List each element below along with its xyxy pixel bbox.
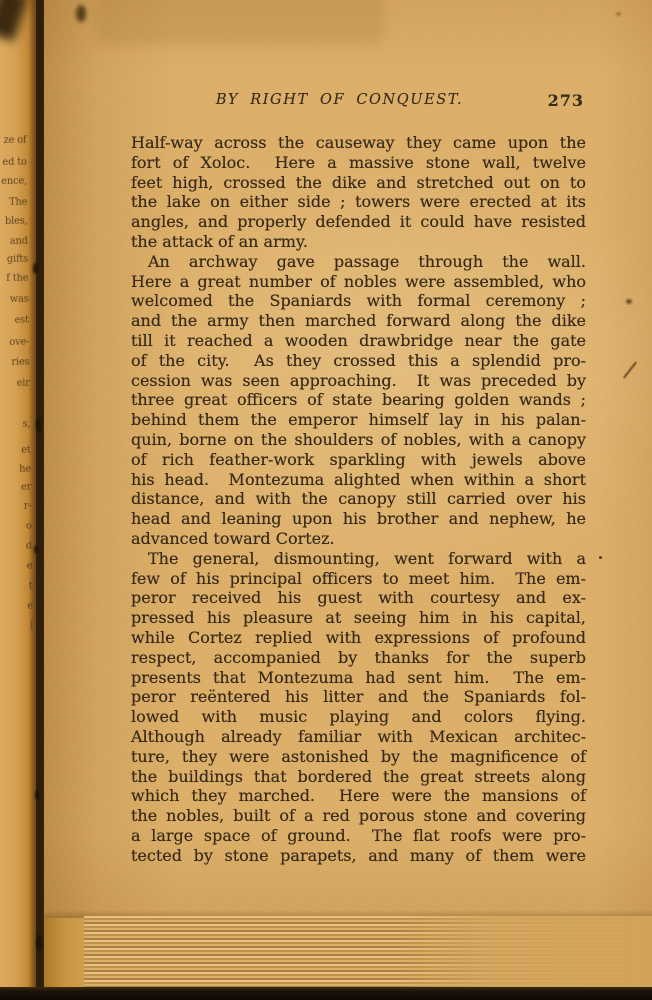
crease-stain <box>35 790 39 800</box>
gutter-fragment: gifts <box>7 253 28 265</box>
fox-spot <box>626 299 632 304</box>
gutter-fragment: ze of <box>3 134 26 146</box>
paragraph: An archway gave passage through the wall… <box>131 252 586 549</box>
crease-stain <box>36 418 41 432</box>
gutter-fragment: and <box>10 235 28 247</box>
text-line: the lake on either side ; towers were er… <box>131 192 586 212</box>
crease-stain <box>34 545 38 554</box>
text-line: ture, they were astonished by the magnif… <box>131 747 586 767</box>
gutter-fragment: ed to <box>2 156 26 168</box>
text-line: distance, and with the canopy still carr… <box>131 489 586 509</box>
text-line: of rich feather-work sparkling with jewe… <box>131 450 586 470</box>
page-edge-stack <box>84 916 652 990</box>
text-line: An archway gave passage through the wall… <box>131 252 586 272</box>
text-line: cession was seen approaching. It was pre… <box>131 371 586 391</box>
scan-smudge <box>94 0 384 44</box>
gutter-fragment: ove- <box>9 336 29 348</box>
text-line: behind them the emperor himself lay in h… <box>131 410 586 430</box>
text-line: welcomed the Spaniards with formal cerem… <box>131 291 586 311</box>
text-line: tected by stone parapets, and many of th… <box>131 846 586 866</box>
paragraph: Half-way across the causeway they came u… <box>131 133 586 252</box>
fox-spot <box>616 12 621 16</box>
crease-stain <box>36 935 42 951</box>
desk-surface <box>0 987 652 1000</box>
page-number: 273 <box>548 91 584 110</box>
text-block: Half-way across the causeway they came u… <box>131 133 586 865</box>
gutter-fragment: ries <box>11 356 29 368</box>
gutter-fragment: The <box>9 196 27 208</box>
text-line: fort of Xoloc. Here a massive stone wall… <box>131 153 586 173</box>
text-line: till it reached a wooden drawbridge near… <box>131 331 586 351</box>
text-line: Half-way across the causeway they came u… <box>131 133 586 153</box>
text-line: few of his principal officers to meet hi… <box>131 569 586 589</box>
text-line: peror received his guest with courtesy a… <box>131 588 586 608</box>
text-line: and the army then marched forward along … <box>131 311 586 331</box>
ink-spot <box>76 5 86 22</box>
text-line: respect, accompanied by thanks for the s… <box>131 648 586 668</box>
text-line: angles, and properly defended it could h… <box>131 212 586 232</box>
text-line: lowed with music playing and colors flyi… <box>131 707 586 727</box>
crease-stain <box>33 263 38 274</box>
gutter-fragment: f the <box>6 272 28 284</box>
running-header: BY RIGHT OF CONQUEST. 273 <box>131 92 586 112</box>
text-line: three great officers of state bearing go… <box>131 390 586 410</box>
text-line: pressed his pleasure at seeing him in hi… <box>131 608 586 628</box>
text-line: The general, dismounting, went forward w… <box>131 549 586 569</box>
text-line: presents that Montezuma had sent him. Th… <box>131 668 586 688</box>
text-line: a large space of ground. The flat roofs … <box>131 826 586 846</box>
gutter-fragment: was <box>10 293 29 305</box>
running-title: BY RIGHT OF CONQUEST. <box>131 92 548 108</box>
text-line: peror reëntered his litter and the Spani… <box>131 687 586 707</box>
paragraph: The general, dismounting, went forward w… <box>131 549 586 866</box>
text-line: feet high, crossed the dike and stretche… <box>131 173 586 193</box>
gutter-fragment: ence, <box>1 175 27 187</box>
text-line: Here a great number of nobles were assem… <box>131 272 586 292</box>
text-line: Although already familiar with Mexican a… <box>131 727 586 747</box>
text-line: the nobles, built of a red porous stone … <box>131 806 586 826</box>
text-line: while Cortez replied with expressions of… <box>131 628 586 648</box>
text-line: advanced toward Cortez. <box>131 529 586 549</box>
gutter-fragment: est <box>15 314 29 326</box>
text-line: the buildings that bordered the great st… <box>131 767 586 787</box>
text-line: his head. Montezuma alighted when within… <box>131 470 586 490</box>
fox-spot <box>599 556 602 559</box>
text-line: of the city. As they crossed this a sple… <box>131 351 586 371</box>
gutter-fragment: bles, <box>5 215 28 227</box>
text-line: head and leaning upon his brother and ne… <box>131 509 586 529</box>
text-line: the attack of an army. <box>131 232 586 252</box>
text-line: which they marched. Here were the mansio… <box>131 786 586 806</box>
book-scan-photo: ze ofed toence,Thebles,andgiftsf thewase… <box>0 0 652 1000</box>
text-line: quin, borne on the shoulders of nobles, … <box>131 430 586 450</box>
